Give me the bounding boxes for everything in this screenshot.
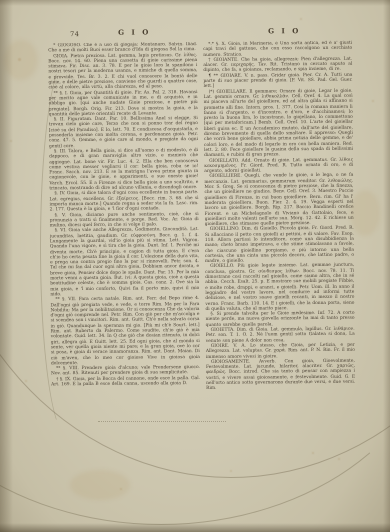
foxing-spot [372,100,374,102]
entry-paragraph: (*) GIOIELLARE. Il gemmare; Ornare di gi… [204,88,354,158]
page-number: 74 [70,30,79,38]
paper-stain [4,40,38,80]
foxing-spot [120,488,122,490]
text-column-right: *.* §. X. Gioia, in Marineria, è Una sor… [203,41,355,392]
foxing-spot [10,140,12,142]
foxing-spot [312,452,314,454]
text-columns: * GIOGOSO. Che è a uso di giogaja: Monta… [46,41,359,393]
entry-paragraph: GIOIOSAMENTE. Avverb. Con gioia, Gioevol… [206,358,355,391]
entry-paragraph: GIOIELLINO. Dim. di Gioiello. Piccola gi… [205,226,354,264]
entry-paragraph: † GIOIANTE. Che ha gioia, allegrezza; Pi… [203,57,352,74]
entry-paragraph: GIOIELLIERE. Quegli, che vende le gioie,… [204,173,353,227]
running-head-left: G I O [118,27,151,36]
foxing-spot [25,380,27,382]
entry-paragraph: * GIOGOSO. Che è a uso di giogaja: Monta… [48,42,197,54]
bleedthrough-dotted-line [98,421,226,422]
entry-paragraph: *.* §. X. Gioia, in Marineria, è Una sor… [203,41,352,58]
entry-paragraph: §. Si prende talvolta per le Gioie medes… [205,311,354,328]
foxing-spot [230,470,232,472]
entry-paragraph: ** §. VII. Fara certa natale. Rim. ant. … [50,296,200,366]
entry-paragraph: §. II. Figuratam. Dant. Par. 10. Belliss… [49,116,198,149]
entry-paragraph: † §. IX. Gioia, per la Bocca del cannone… [51,376,200,388]
page-header: 74 G I O G I O [46,25,356,41]
entry-paragraph: GIOIETTA. Dim. di Gioia. Lat. gemmula, l… [206,327,355,344]
entry-paragraph: ** §. I. Gioia, per Quantità di gioie. F… [49,90,198,118]
running-head-right: G I O [268,26,301,35]
entry-paragraph: GIOIA. Pietra preziosa. Lat. gemma, lapi… [48,53,197,91]
foxing-spot [300,18,302,20]
scanned-dictionary-page: 74 G I O G I O * GIOGOSO. Che è a uso di… [0,0,390,532]
entry-paragraph: §. III. Talora, e Bella gioia, si dice a… [49,148,198,192]
foxing-spot [18,58,21,61]
paper-stain [70,470,130,500]
entry-paragraph: GIOIELLATO. Add. Ornato di gioie. Lat. g… [204,157,353,174]
entry-paragraph: ¶ ** GIOIARE. V. n. pass. Gridar gioia. … [203,72,352,89]
text-column-left: * GIOGOSO. Che è a uso di giogaja: Monta… [48,42,200,393]
foxing-spot [338,458,340,460]
entry-paragraph: §. IV. Gioia, si dice talora d'ogni cosa… [49,190,198,212]
entry-paragraph: §. V. Gioia, diciamo pure anche sentimen… [50,212,199,229]
entry-paragraph: GIOIELLO. Più gioie legate insieme. Lat.… [205,263,354,312]
printed-page-content: 74 G I O G I O * GIOGOSO. Che è a uso di… [46,25,359,393]
entry-paragraph: §. VI. Gioia vale anche Allegrezza, Godi… [50,227,200,297]
entry-paragraph: GIOIRE. V. A. Lo stesso, che Gioia, per … [206,343,355,360]
